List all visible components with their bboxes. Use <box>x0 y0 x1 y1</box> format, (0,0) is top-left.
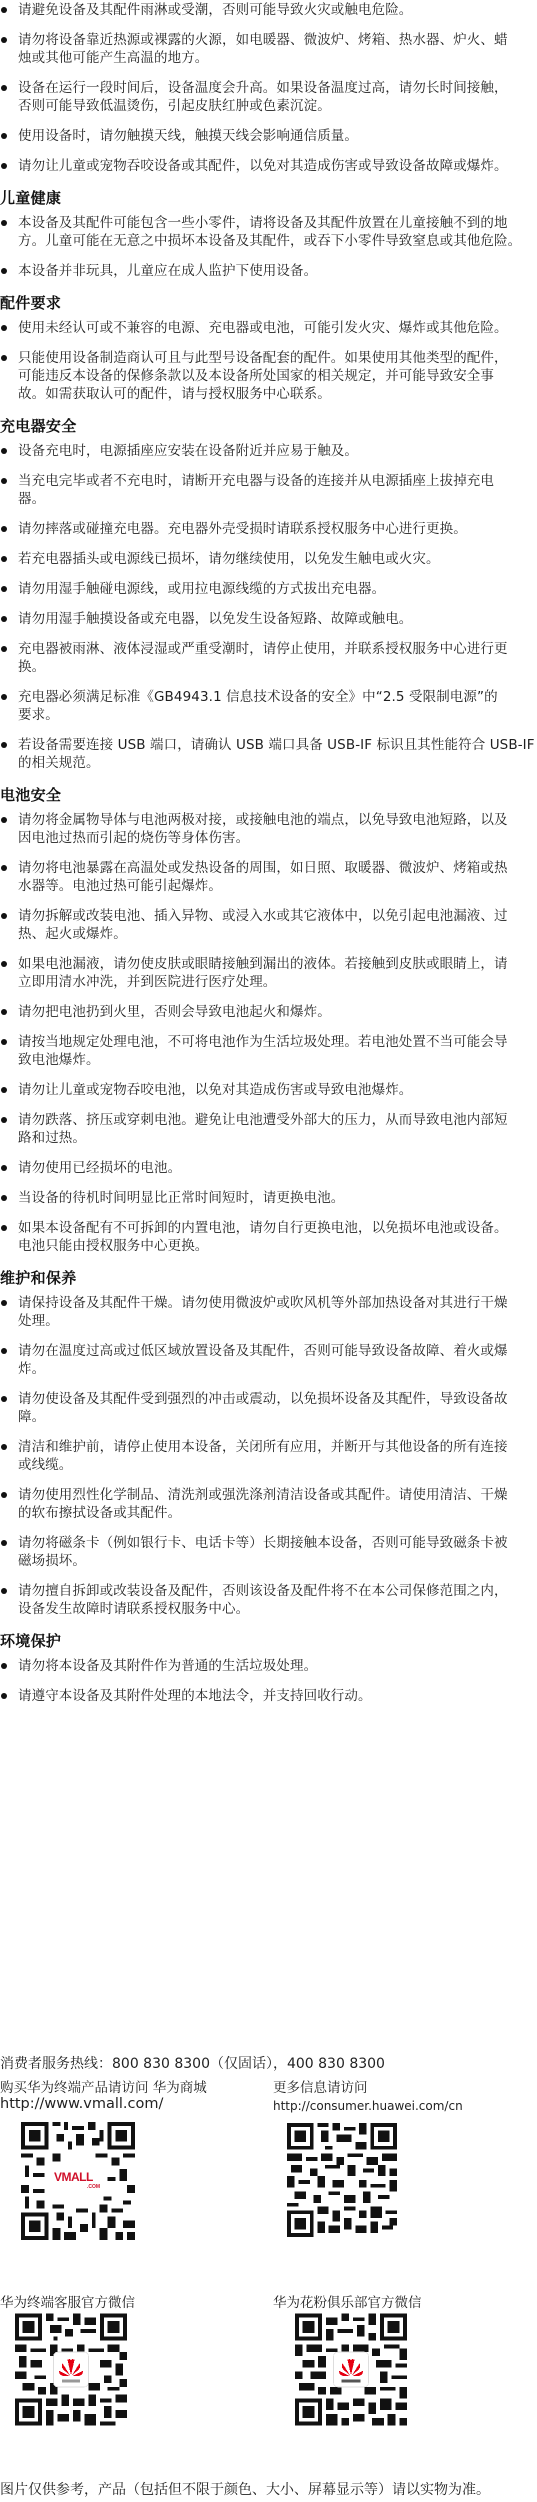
list-item: 请勿让儿童或宠物吞咬电池，以免对其造成伤害或导致电池爆炸。 <box>0 1081 537 1099</box>
section-accessories: 配件要求 使用未经认可或不兼容的电源、充电器或电池，可能引发火灾、爆炸或其他危险… <box>0 292 537 403</box>
bullet-icon <box>1 85 7 91</box>
list-item: 设备充电时，电源插座应安装在设备附近并应易于触及。 <box>0 442 537 460</box>
bullet-icon <box>1 1300 7 1306</box>
bullet-icon <box>1 961 7 967</box>
vmall-logo-sub: .COM <box>87 2184 100 2190</box>
section-title: 配件要求 <box>0 292 537 314</box>
child-health-list: 本设备及其配件可能包含一些小零件，请将设备及其配件放置在儿童接触不到的地 方。儿… <box>0 214 537 280</box>
bullet-icon <box>1 742 7 748</box>
list-item: 请勿将设备靠近热源或裸露的火源，如电暖器、微波炉、烤箱、热水器、炉火、蜡 烛或其… <box>0 31 537 67</box>
bullet-icon <box>1 1396 7 1402</box>
bullet-icon <box>1 478 7 484</box>
list-item: 请勿用湿手触碰电源线，或用拉电源线缆的方式拔出充电器。 <box>0 580 537 598</box>
list-item: 充电器被雨淋、液体浸湿或严重受潮时，请停止使用，并联系授权服务中心进行更 换。 <box>0 640 537 676</box>
bullet-icon <box>1 1087 7 1093</box>
huawei-consumer-link[interactable]: http://consumer.huawei.com/cn <box>273 2099 463 2113</box>
section-title: 维护和保养 <box>0 1267 537 1289</box>
list-item: 当设备的待机时间明显比正常时间短时，请更换电池。 <box>0 1189 537 1207</box>
battery-safety-list: 请勿将金属物导体与电池两极对接，或接触电池的端点，以免导致电池短路，以及 因电池… <box>0 811 537 1255</box>
list-item: 设备在运行一段时间后，设备温度会升高。如果设备温度过高，请勿长时间接触， 否则可… <box>0 79 537 115</box>
bullet-icon <box>1 448 7 454</box>
bullet-icon <box>1 163 7 169</box>
general-list: 请避免设备及其配件雨淋或受潮，否则可能导致火灾或触电危险。 请勿将设备靠近热源或… <box>0 1 537 175</box>
list-item: 使用设备时，请勿触摸天线，触摸天线会影响通信质量。 <box>0 127 537 145</box>
section-environment: 环境保护 请勿将本设备及其附件作为普通的生活垃圾处理。 请遵守本设备及其附件处理… <box>0 1630 537 1705</box>
list-item: 请勿把电池扔到火里，否则会导致电池起火和爆炸。 <box>0 1003 537 1021</box>
bullet-icon <box>1 133 7 139</box>
vmall-label: 购买华为终端产品请访问 华为商城 <box>0 2076 207 2096</box>
bullet-icon <box>1 1165 7 1171</box>
section-child-health: 儿童健康 本设备及其配件可能包含一些小零件，请将设备及其配件放置在儿童接触不到的… <box>0 187 537 280</box>
list-item: 请按当地规定处理电池，不可将电池作为生活垃圾处理。若电池处置不当可能会导 致电池… <box>0 1033 537 1069</box>
environment-list: 请勿将本设备及其附件作为普通的生活垃圾处理。 请遵守本设备及其附件处理的本地法令… <box>0 1657 537 1705</box>
section-title: 儿童健康 <box>0 187 537 209</box>
bullet-icon <box>1 355 7 361</box>
list-item: 若充电器插头或电源线已损坏，请勿继续使用，以免发生触电或火灾。 <box>0 550 537 568</box>
bullet-icon <box>1 1492 7 1498</box>
bullet-icon <box>1 1039 7 1045</box>
bullet-icon <box>1 325 7 331</box>
bullet-icon <box>1 616 7 622</box>
list-item: 请遵守本设备及其附件处理的本地法令，并支持回收行动。 <box>0 1687 537 1705</box>
bullet-icon <box>1 1225 7 1231</box>
list-item: 本设备及其配件可能包含一些小零件，请将设备及其配件放置在儿童接触不到的地 方。儿… <box>0 214 537 250</box>
bullet-icon <box>1 37 7 43</box>
bullet-icon <box>1 817 7 823</box>
service-wechat-qr-code <box>15 2313 127 2426</box>
list-item: 充电器必须满足标准《GB4943.1 信息技术设备的安全》中“2.5 受限制电源… <box>0 688 537 724</box>
vmall-link[interactable]: http://www.vmall.com/ <box>0 2096 163 2112</box>
image-disclaimer: 图片仅供参考，产品（包括但不限于颜色、大小、屏幕显示等）请以实物为准。 <box>0 2479 490 2499</box>
bullet-icon <box>1 556 7 562</box>
bullet-icon <box>1 1195 7 1201</box>
huawei-consumer-qr-code <box>287 2122 397 2238</box>
list-item: 清洁和维护前，请停止使用本设备，关闭所有应用，并断开与其他设备的所有连接 或线缆… <box>0 1438 537 1474</box>
section-title: 电池安全 <box>0 784 537 806</box>
bullet-icon <box>1 646 7 652</box>
maintenance-list: 请保持设备及其配件干燥。请勿使用微波炉或吹风机等外部加热设备对其进行干燥 处理。… <box>0 1294 537 1618</box>
list-item: 请勿在温度过高或过低区域放置设备及其配件，否则可能导致设备故障、着火或爆 炸。 <box>0 1342 537 1378</box>
list-item: 请勿使用已经损坏的电池。 <box>0 1159 537 1177</box>
list-item: 请勿将磁条卡（例如银行卡、电话卡等）长期接触本设备，否则可能导致磁条卡被 磁场损… <box>0 1534 537 1570</box>
list-item: 请勿擅自拆卸或改装设备及配件，否则该设备及配件将不在本公司保修范围之内， 设备发… <box>0 1582 537 1618</box>
section-title: 充电器安全 <box>0 415 537 437</box>
list-item: 请勿让儿童或宠物吞咬设备或其配件，以免对其造成伤害或导致设备故障或爆炸。 <box>0 157 537 175</box>
section-battery-safety: 电池安全 请勿将金属物导体与电池两极对接，或接触电池的端点，以免导致电池短路，以… <box>0 784 537 1255</box>
section-title: 环境保护 <box>0 1630 537 1652</box>
list-item: 若设备需要连接 USB 端口，请确认 USB 端口具备 USB-IF 标识且其性… <box>0 736 537 772</box>
bullet-icon <box>1 1348 7 1354</box>
club-wechat-qr-code <box>295 2313 407 2426</box>
bullet-icon <box>1 586 7 592</box>
list-item: 如果电池漏液，请勿使皮肤或眼睛接触到漏出的液体。若接触到皮肤或眼睛上，请 立即用… <box>0 955 537 991</box>
vmall-logo: VMALL <box>54 2170 93 2184</box>
bullet-icon <box>1 1444 7 1450</box>
charger-safety-list: 设备充电时，电源插座应安装在设备附近并应易于触及。 当充电完毕或者不充电时，请断… <box>0 442 537 772</box>
bullet-icon <box>1 1009 7 1015</box>
list-item: 如果本设备配有不可拆卸的内置电池，请勿自行更换电池，以免损坏电池或设备。 电池只… <box>0 1219 537 1255</box>
list-item: 请勿使设备及其配件受到强烈的冲击或震动，以免损坏设备及其配件，导致设备故 障。 <box>0 1390 537 1426</box>
safety-document: 请避免设备及其配件雨淋或受潮，否则可能导致火灾或触电危险。 请勿将设备靠近热源或… <box>0 0 537 1717</box>
list-item: 请勿将金属物导体与电池两极对接，或接触电池的端点，以免导致电池短路，以及 因电池… <box>0 811 537 847</box>
bullet-icon <box>1 865 7 871</box>
bullet-icon <box>1 526 7 532</box>
list-item: 请避免设备及其配件雨淋或受潮，否则可能导致火灾或触电危险。 <box>0 1 537 19</box>
list-item: 请勿拆解或改装电池、插入异物、或浸入水或其它液体中，以免引起电池漏液、过 热、起… <box>0 907 537 943</box>
bullet-icon <box>1 694 7 700</box>
section-charger-safety: 充电器安全 设备充电时，电源插座应安装在设备附近并应易于触及。 当充电完毕或者不… <box>0 415 537 772</box>
bullet-icon <box>1 1693 7 1699</box>
list-item: 请勿使用烈性化学制品、清洗剂或强洗涤剂清洁设备或其配件。请使用清洁、干燥 的软布… <box>0 1486 537 1522</box>
list-item: 请勿将电池暴露在高温处或发热设备的周围，如日照、取暖器、微波炉、烤箱或热 水器等… <box>0 859 537 895</box>
bullet-icon <box>1 913 7 919</box>
list-item: 请勿用湿手触摸设备或充电器，以免发生设备短路、故障或触电。 <box>0 610 537 628</box>
bullet-icon <box>1 220 7 226</box>
bullet-icon <box>1 1663 7 1669</box>
accessories-list: 使用未经认可或不兼容的电源、充电器或电池，可能引发火灾、爆炸或其他危险。 只能使… <box>0 319 537 403</box>
more-info-label: 更多信息请访问 <box>273 2076 368 2096</box>
bullet-icon <box>1 1588 7 1594</box>
service-hotline: 消费者服务热线：800 830 8300（仅固话），400 830 8300 <box>0 2053 385 2073</box>
qr-label-club-wechat: 华为花粉俱乐部官方微信 <box>273 2291 422 2311</box>
bullet-icon <box>1 1117 7 1123</box>
list-item: 请勿摔落或碰撞充电器。充电器外壳受损时请联系授权服务中心进行更换。 <box>0 520 537 538</box>
qr-label-service-wechat: 华为终端客服官方微信 <box>0 2291 135 2311</box>
section-general: 请避免设备及其配件雨淋或受潮，否则可能导致火灾或触电危险。 请勿将设备靠近热源或… <box>0 0 537 175</box>
bullet-icon <box>1 7 7 13</box>
list-item: 本设备并非玩具，儿童应在成人监护下使用设备。 <box>0 262 537 280</box>
section-maintenance: 维护和保养 请保持设备及其配件干燥。请勿使用微波炉或吹风机等外部加热设备对其进行… <box>0 1267 537 1618</box>
bullet-icon <box>1 268 7 274</box>
bullet-icon <box>1 1540 7 1546</box>
list-item: 当充电完毕或者不充电时，请断开充电器与设备的连接并从电源插座上拔掉充电 器。 <box>0 472 537 508</box>
list-item: 请勿将本设备及其附件作为普通的生活垃圾处理。 <box>0 1657 537 1675</box>
list-item: 请勿跌落、挤压或穿刺电池。避免让电池遭受外部大的压力，从而导致电池内部短 路和过… <box>0 1111 537 1147</box>
list-item: 使用未经认可或不兼容的电源、充电器或电池，可能引发火灾、爆炸或其他危险。 <box>0 319 537 337</box>
vmall-qr-code: VMALL .COM <box>21 2122 135 2240</box>
list-item: 请保持设备及其配件干燥。请勿使用微波炉或吹风机等外部加热设备对其进行干燥 处理。 <box>0 1294 537 1330</box>
list-item: 只能使用设备制造商认可且与此型号设备配套的配件。如果使用其他类型的配件， 可能违… <box>0 349 537 403</box>
